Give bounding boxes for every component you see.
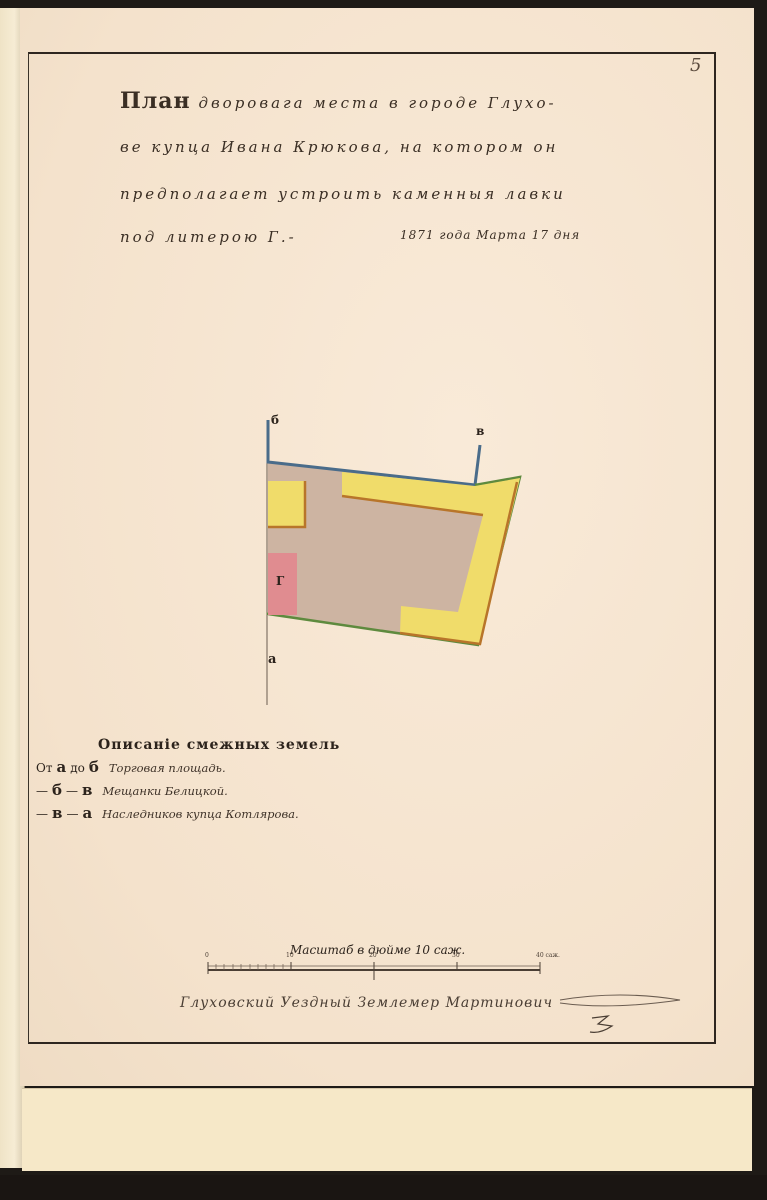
scale-bar [208,962,540,980]
scale-tick-10: 10 [286,952,294,959]
surveyor-signature: Глуховский Уездный Землемер Мартинович [180,995,553,1011]
legend-prefix: — [36,807,48,821]
signature-flourish [560,995,680,1006]
legend-row: —в—аНаследников купца Котлярова. [36,804,299,822]
legend-from: в [52,804,62,822]
scale-tick-30: 30 [452,952,460,959]
legend-prefix: От [36,761,52,775]
legend-to: а [82,804,92,822]
legend-to: б [89,758,99,776]
scale-tick-20: 20 [369,952,377,959]
scale-tick-40: 40 саж. [536,952,560,959]
legend-to: в [82,781,92,799]
building-label-g: Г [276,574,285,588]
legend-description: Торговая площадь. [109,761,226,775]
legend-sep: до [70,761,85,775]
scale-title: Масштаб в дюйме 10 саж. [290,943,465,957]
legend-row: ОтадобТорговая площадь. [36,758,226,776]
legend-prefix: — [36,784,48,798]
scale-tick-0: 0 [205,952,209,959]
legend-from: б [52,781,62,799]
corner-label-a: а [268,652,277,667]
legend-title: Описаніе смежных земель [98,737,340,753]
corner-label-b: б [271,413,279,427]
legend-sep: — [66,807,78,821]
west-building [268,481,305,527]
initial-mark [590,1016,612,1032]
legend-row: —б—вМещанки Белицкой. [36,781,228,799]
site-plan-drawing: б в а Г [0,0,767,1200]
corner-label-v: в [476,424,484,438]
legend-sep: — [66,784,78,798]
legend-description: Наследников купца Котлярова. [102,807,299,821]
legend-description: Мещанки Белицкой. [102,784,227,798]
legend-from: а [56,758,66,776]
